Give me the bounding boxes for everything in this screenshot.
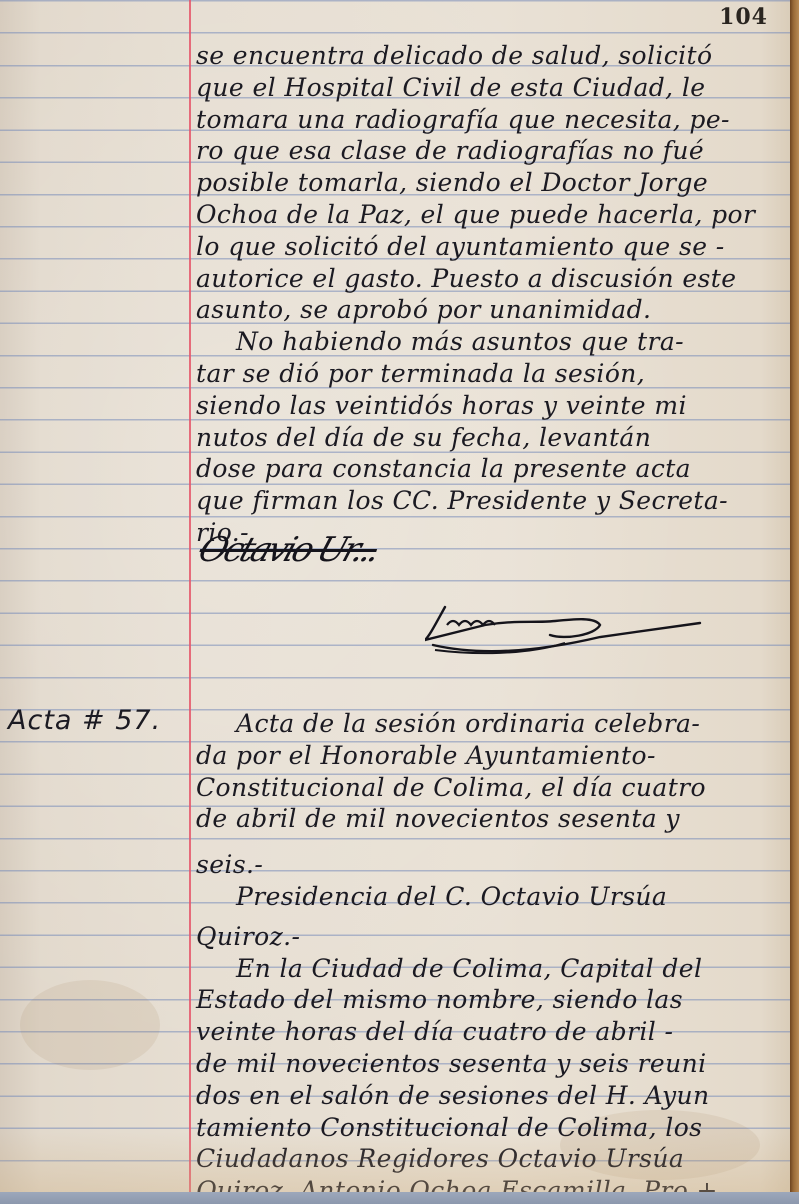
text-line: tar se dió por terminada la sesión,	[196, 358, 755, 390]
text-line: En la Ciudad de Colima, Capital del	[196, 953, 718, 985]
acta-number-label: Acta # 57.	[8, 705, 161, 736]
text-line: Ochoa de la Paz, el que puede hacerla, p…	[196, 199, 755, 231]
acta-57-text: Acta de la sesión ordinaria celebra- da …	[196, 708, 718, 1192]
signature-text: Octavio Ur...	[194, 530, 384, 570]
red-margin-line	[189, 0, 191, 1192]
text-line: dose para constancia la presente acta	[196, 453, 755, 485]
text-line: posible tomarla, siendo el Doctor Jorge	[196, 167, 755, 199]
text-line: Presidencia del C. Octavio Ursúa	[196, 881, 718, 913]
text-line: veinte horas del día cuatro de abril -	[196, 1016, 718, 1048]
text-line: asunto, se aprobó por unanimidad.	[196, 294, 755, 326]
text-line: dos en el salón de sesiones del H. Ayun	[196, 1080, 718, 1112]
text-line: siendo las veintidós horas y veinte mi	[196, 390, 755, 422]
text-line: nutos del día de su fecha, levantán	[196, 422, 755, 454]
text-line: tamiento Constitucional de Colima, los	[196, 1112, 718, 1144]
previous-act-text: se encuentra delicado de salud, solicitó…	[196, 40, 755, 549]
text-line: Constitucional de Colima, el día cuatro	[196, 772, 718, 804]
text-line: Acta de la sesión ordinaria celebra-	[196, 708, 718, 740]
text-line: de mil novecientos sesenta y seis reuni	[196, 1048, 718, 1080]
ledger-page: 104 se encuentra delicado de salud, soli…	[0, 0, 792, 1192]
text-line: Quiroz, Antonio Ochoa Escamilla, Pro +	[196, 1175, 718, 1192]
text-line: No habiendo más asuntos que tra-	[196, 326, 755, 358]
text-line: tomara una radiografía que necesita, pe-	[196, 104, 755, 136]
president-signature: Octavio Ur...	[194, 530, 384, 570]
text-line: Quiroz.-	[196, 921, 718, 953]
text-line: seis.-	[196, 849, 718, 881]
text-line: autorice el gasto. Puesto a discusión es…	[196, 263, 755, 295]
signature-stroke-icon	[425, 595, 705, 665]
text-line: Ciudadanos Regidores Octavio Ursúa	[196, 1143, 718, 1175]
text-line: que firman los CC. Presidente y Secreta-	[196, 485, 755, 517]
page-number: 104	[719, 4, 768, 30]
text-line: que el Hospital Civil de esta Ciudad, le	[196, 72, 755, 104]
secretary-signature	[425, 595, 705, 665]
text-line: da por el Honorable Ayuntamiento-	[196, 740, 718, 772]
text-line: ro que esa clase de radiografías no fué	[196, 135, 755, 167]
book-spine-edge	[790, 0, 799, 1192]
paper-stain	[20, 980, 160, 1070]
text-line: de abril de mil novecientos sesenta y	[196, 803, 718, 835]
text-line: lo que solicitó del ayuntamiento que se …	[196, 231, 755, 263]
background-surface	[0, 1192, 799, 1204]
text-line: se encuentra delicado de salud, solicitó	[196, 40, 755, 72]
text-line: Estado del mismo nombre, siendo las	[196, 984, 718, 1016]
